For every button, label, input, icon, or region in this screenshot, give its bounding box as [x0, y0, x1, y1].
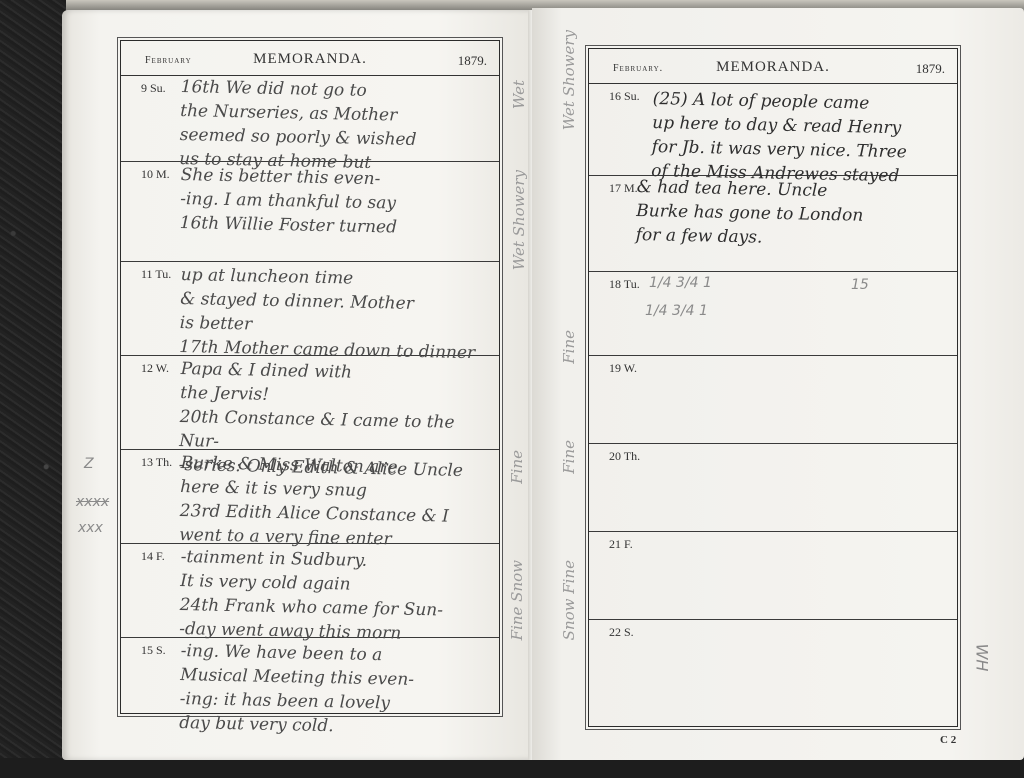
- day-entry: 14 F. -tainment in Sudbury. It is very c…: [121, 543, 499, 638]
- day-entry: 9 Su. 16th We did not go to the Nurserie…: [121, 75, 499, 162]
- day-label: 17 M.: [609, 181, 638, 196]
- gutter-weather-note: Snow Fine: [560, 560, 578, 640]
- day-label: 11 Tu.: [141, 267, 171, 282]
- gutter-weather-note: Wet Showery: [510, 170, 528, 270]
- margin-mark: Z: [84, 456, 94, 472]
- day-label: 20 Th.: [609, 449, 640, 464]
- header-year: 1879.: [916, 61, 945, 77]
- margin-mark: xxx: [78, 520, 103, 536]
- day-label: 9 Su.: [141, 81, 166, 96]
- gutter-weather-note: Wet Showery: [560, 30, 578, 130]
- gutter-weather-note: Fine: [508, 450, 526, 484]
- day-entry: 18 Tu. 1/4 3/4 1 1/4 3/4 1 15: [589, 271, 957, 356]
- gutter-weather-note: Fine Snow: [508, 560, 526, 640]
- day-entry: 22 S.: [589, 619, 957, 726]
- day-label: 13 Th.: [141, 455, 172, 470]
- handwritten-entry: -ing. We have been to a Musical Meeting …: [179, 639, 493, 742]
- header-title: MEMORANDA.: [589, 59, 957, 76]
- day-label: 15 S.: [141, 643, 166, 658]
- book-cover-spine: [0, 0, 66, 778]
- handwritten-entry: She is better this even- -ing. I am than…: [179, 163, 492, 242]
- handwritten-entry: -tainment in Sudbury. It is very cold ag…: [179, 545, 493, 648]
- day-entry: 10 M. She is better this even- -ing. I a…: [121, 161, 499, 262]
- gutter-weather-note: Wet: [510, 80, 528, 109]
- book-cover-bottom: [0, 758, 1024, 778]
- gutter-weather-note: Fine: [560, 440, 578, 474]
- day-label: 10 M.: [141, 167, 170, 182]
- page-signature: C 2: [940, 734, 956, 746]
- right-page-header: February. MEMORANDA. 1879.: [589, 49, 957, 84]
- day-label: 12 W.: [141, 361, 169, 376]
- day-label: 22 S.: [609, 625, 634, 640]
- day-entry: 16 Su. (25) A lot of people came up here…: [589, 83, 957, 176]
- handwritten-entry: & had tea here. Uncle Burke has gone to …: [635, 175, 950, 254]
- handwritten-entry: up at luncheon time & stayed to dinner. …: [179, 263, 493, 366]
- day-entry: 20 Th.: [589, 443, 957, 532]
- handwritten-entry: (25) A lot of people came up here to day…: [651, 87, 951, 189]
- day-entry: 19 W.: [589, 355, 957, 444]
- day-entry: 15 S. -ing. We have been to a Musical Me…: [121, 637, 499, 713]
- gutter-weather-note: Fine: [560, 330, 578, 364]
- pencil-number: 15: [851, 277, 869, 293]
- day-label: 16 Su.: [609, 89, 640, 104]
- header-title: MEMORANDA.: [121, 51, 499, 68]
- pencil-fractions: 1/4 3/4 1: [649, 275, 712, 291]
- edge-pencil-mark: WH: [972, 644, 991, 672]
- day-entry: 21 F.: [589, 531, 957, 620]
- handwritten-entry: Burke & Miss Walton are here & it is ver…: [179, 451, 493, 554]
- pencil-fractions: 1/4 3/4 1: [645, 303, 708, 319]
- right-page-frame: February. MEMORANDA. 1879. 16 Su. (25) A…: [588, 48, 958, 727]
- left-page-header: February MEMORANDA. 1879.: [121, 41, 499, 76]
- day-label: 18 Tu.: [609, 277, 640, 292]
- day-label: 21 F.: [609, 537, 633, 552]
- left-page-frame: February MEMORANDA. 1879. 9 Su. 16th We …: [120, 40, 500, 714]
- day-entry: 12 W. Papa & I dined with the Jervis! 20…: [121, 355, 499, 450]
- day-entry: 11 Tu. up at luncheon time & stayed to d…: [121, 261, 499, 356]
- header-year: 1879.: [458, 53, 487, 69]
- day-label: 14 F.: [141, 549, 165, 564]
- day-label: 19 W.: [609, 361, 637, 376]
- day-entry: 13 Th. Burke & Miss Walton are here & it…: [121, 449, 499, 544]
- day-entry: 17 M. & had tea here. Uncle Burke has go…: [589, 175, 957, 272]
- margin-mark: xxxx: [76, 494, 109, 510]
